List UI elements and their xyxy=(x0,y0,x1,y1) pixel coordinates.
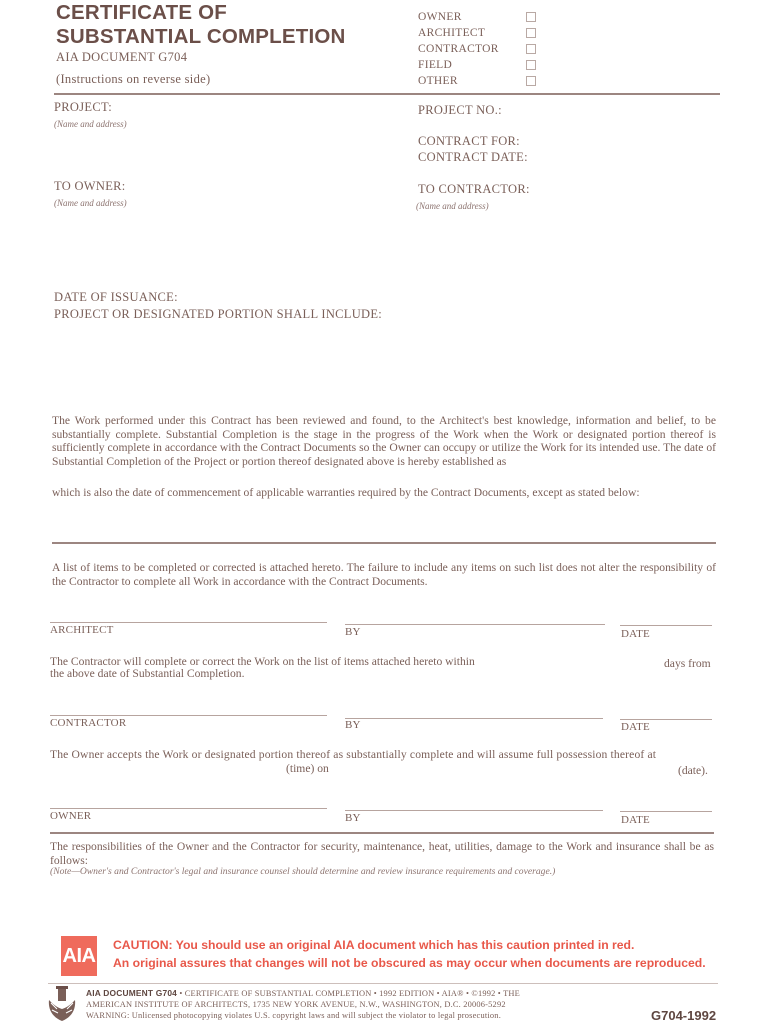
aia-logo: AIA xyxy=(61,936,97,976)
header-divider xyxy=(54,93,720,95)
checkbox-other[interactable] xyxy=(526,76,536,86)
title-line-1: CERTIFICATE OF xyxy=(56,1,227,25)
distribution-label: FIELD xyxy=(418,59,526,71)
contractor-by-label: BY xyxy=(345,719,361,731)
caution-line-1: CAUTION: You should use an original AIA … xyxy=(113,936,695,954)
architect-by-label: BY xyxy=(345,626,361,638)
work-performed-paragraph: The Work performed under this Contract h… xyxy=(52,414,716,468)
contractor-by-line[interactable] xyxy=(345,718,603,719)
project-no-label: PROJECT NO.: xyxy=(418,103,502,118)
distribution-list: OWNER ARCHITECT CONTRACTOR FIELD OTHER xyxy=(418,9,536,89)
instructions-note: (Instructions on reverse side) xyxy=(56,72,210,87)
insurance-note: (Note—Owner's and Contractor's legal and… xyxy=(50,866,555,877)
checkbox-field[interactable] xyxy=(526,60,536,70)
contractor-date-line[interactable] xyxy=(620,719,712,720)
footer-doc-details: • CERTIFICATE OF SUBSTANTIAL COMPLETION … xyxy=(177,989,520,998)
distribution-other[interactable]: OTHER xyxy=(418,73,536,89)
checkbox-owner[interactable] xyxy=(526,12,536,22)
owner-date-line[interactable] xyxy=(620,811,712,812)
architect-signature-line[interactable] xyxy=(50,622,327,623)
contractor-label: CONTRACTOR xyxy=(50,717,126,729)
aia-seal-icon xyxy=(46,985,78,1023)
to-owner-hint: (Name and address) xyxy=(54,198,127,208)
architect-date-line[interactable] xyxy=(620,625,712,626)
project-label: PROJECT: xyxy=(54,100,112,115)
document-number: AIA DOCUMENT G704 xyxy=(56,50,187,65)
list-of-items-paragraph: A list of items to be completed or corre… xyxy=(52,561,716,588)
date-of-issuance-label: DATE OF ISSUANCE: xyxy=(54,290,178,305)
form-code: G704-1992 xyxy=(651,1008,716,1023)
to-owner-label: TO OWNER: xyxy=(54,179,126,194)
time-on-text: (time) on xyxy=(286,762,329,776)
distribution-label: OTHER xyxy=(418,75,526,87)
checkbox-architect[interactable] xyxy=(526,28,536,38)
to-contractor-hint: (Name and address) xyxy=(416,201,489,211)
footer-divider xyxy=(48,983,718,984)
warranties-divider xyxy=(52,542,716,544)
architect-by-line[interactable] xyxy=(345,624,605,625)
distribution-label: CONTRACTOR xyxy=(418,43,526,55)
to-contractor-label: TO CONTRACTOR: xyxy=(418,182,530,197)
architect-label: ARCHITECT xyxy=(50,624,114,636)
footer-line-2: AMERICAN INSTITUTE OF ARCHITECTS, 1735 N… xyxy=(86,999,506,1010)
warranties-paragraph: which is also the date of commencement o… xyxy=(52,486,716,500)
owner-by-line[interactable] xyxy=(345,810,603,811)
days-from-text: days from xyxy=(664,657,711,671)
distribution-contractor[interactable]: CONTRACTOR xyxy=(418,41,536,57)
owner-by-label: BY xyxy=(345,812,361,824)
footer-line-1: AIA DOCUMENT G704 • CERTIFICATE OF SUBST… xyxy=(86,988,520,999)
distribution-field[interactable]: FIELD xyxy=(418,57,536,73)
aia-logo-text: AIA xyxy=(63,945,96,968)
contractor-complete-text-2: the above date of Substantial Completion… xyxy=(50,667,244,681)
checkbox-contractor[interactable] xyxy=(526,44,536,54)
title-line-2: SUBSTANTIAL COMPLETION xyxy=(56,25,346,49)
project-portion-label: PROJECT OR DESIGNATED PORTION SHALL INCL… xyxy=(54,307,382,322)
footer-warning: WARNING: Unlicensed photocopying violate… xyxy=(86,1010,501,1021)
distribution-label: ARCHITECT xyxy=(418,27,526,39)
owner-signature-line[interactable] xyxy=(50,808,327,809)
responsibilities-divider xyxy=(50,832,714,834)
distribution-architect[interactable]: ARCHITECT xyxy=(418,25,536,41)
distribution-label: OWNER xyxy=(418,11,526,23)
owner-label: OWNER xyxy=(50,810,91,822)
project-hint: (Name and address) xyxy=(54,119,127,129)
contractor-signature-line[interactable] xyxy=(50,715,327,716)
contractor-date-label: DATE xyxy=(621,721,650,733)
owner-date-label: DATE xyxy=(621,814,650,826)
architect-date-label: DATE xyxy=(621,628,650,640)
contract-date-label: CONTRACT DATE: xyxy=(418,150,528,165)
distribution-owner[interactable]: OWNER xyxy=(418,9,536,25)
responsibilities-paragraph: The responsibilities of the Owner and th… xyxy=(50,840,714,867)
contract-for-label: CONTRACT FOR: xyxy=(418,134,520,149)
caution-line-2: An original assures that changes will no… xyxy=(113,954,695,972)
footer-doc-id: AIA DOCUMENT G704 xyxy=(86,988,177,998)
owner-accepts-text: The Owner accepts the Work or designated… xyxy=(50,748,714,762)
date-end-text: (date). xyxy=(678,764,708,778)
